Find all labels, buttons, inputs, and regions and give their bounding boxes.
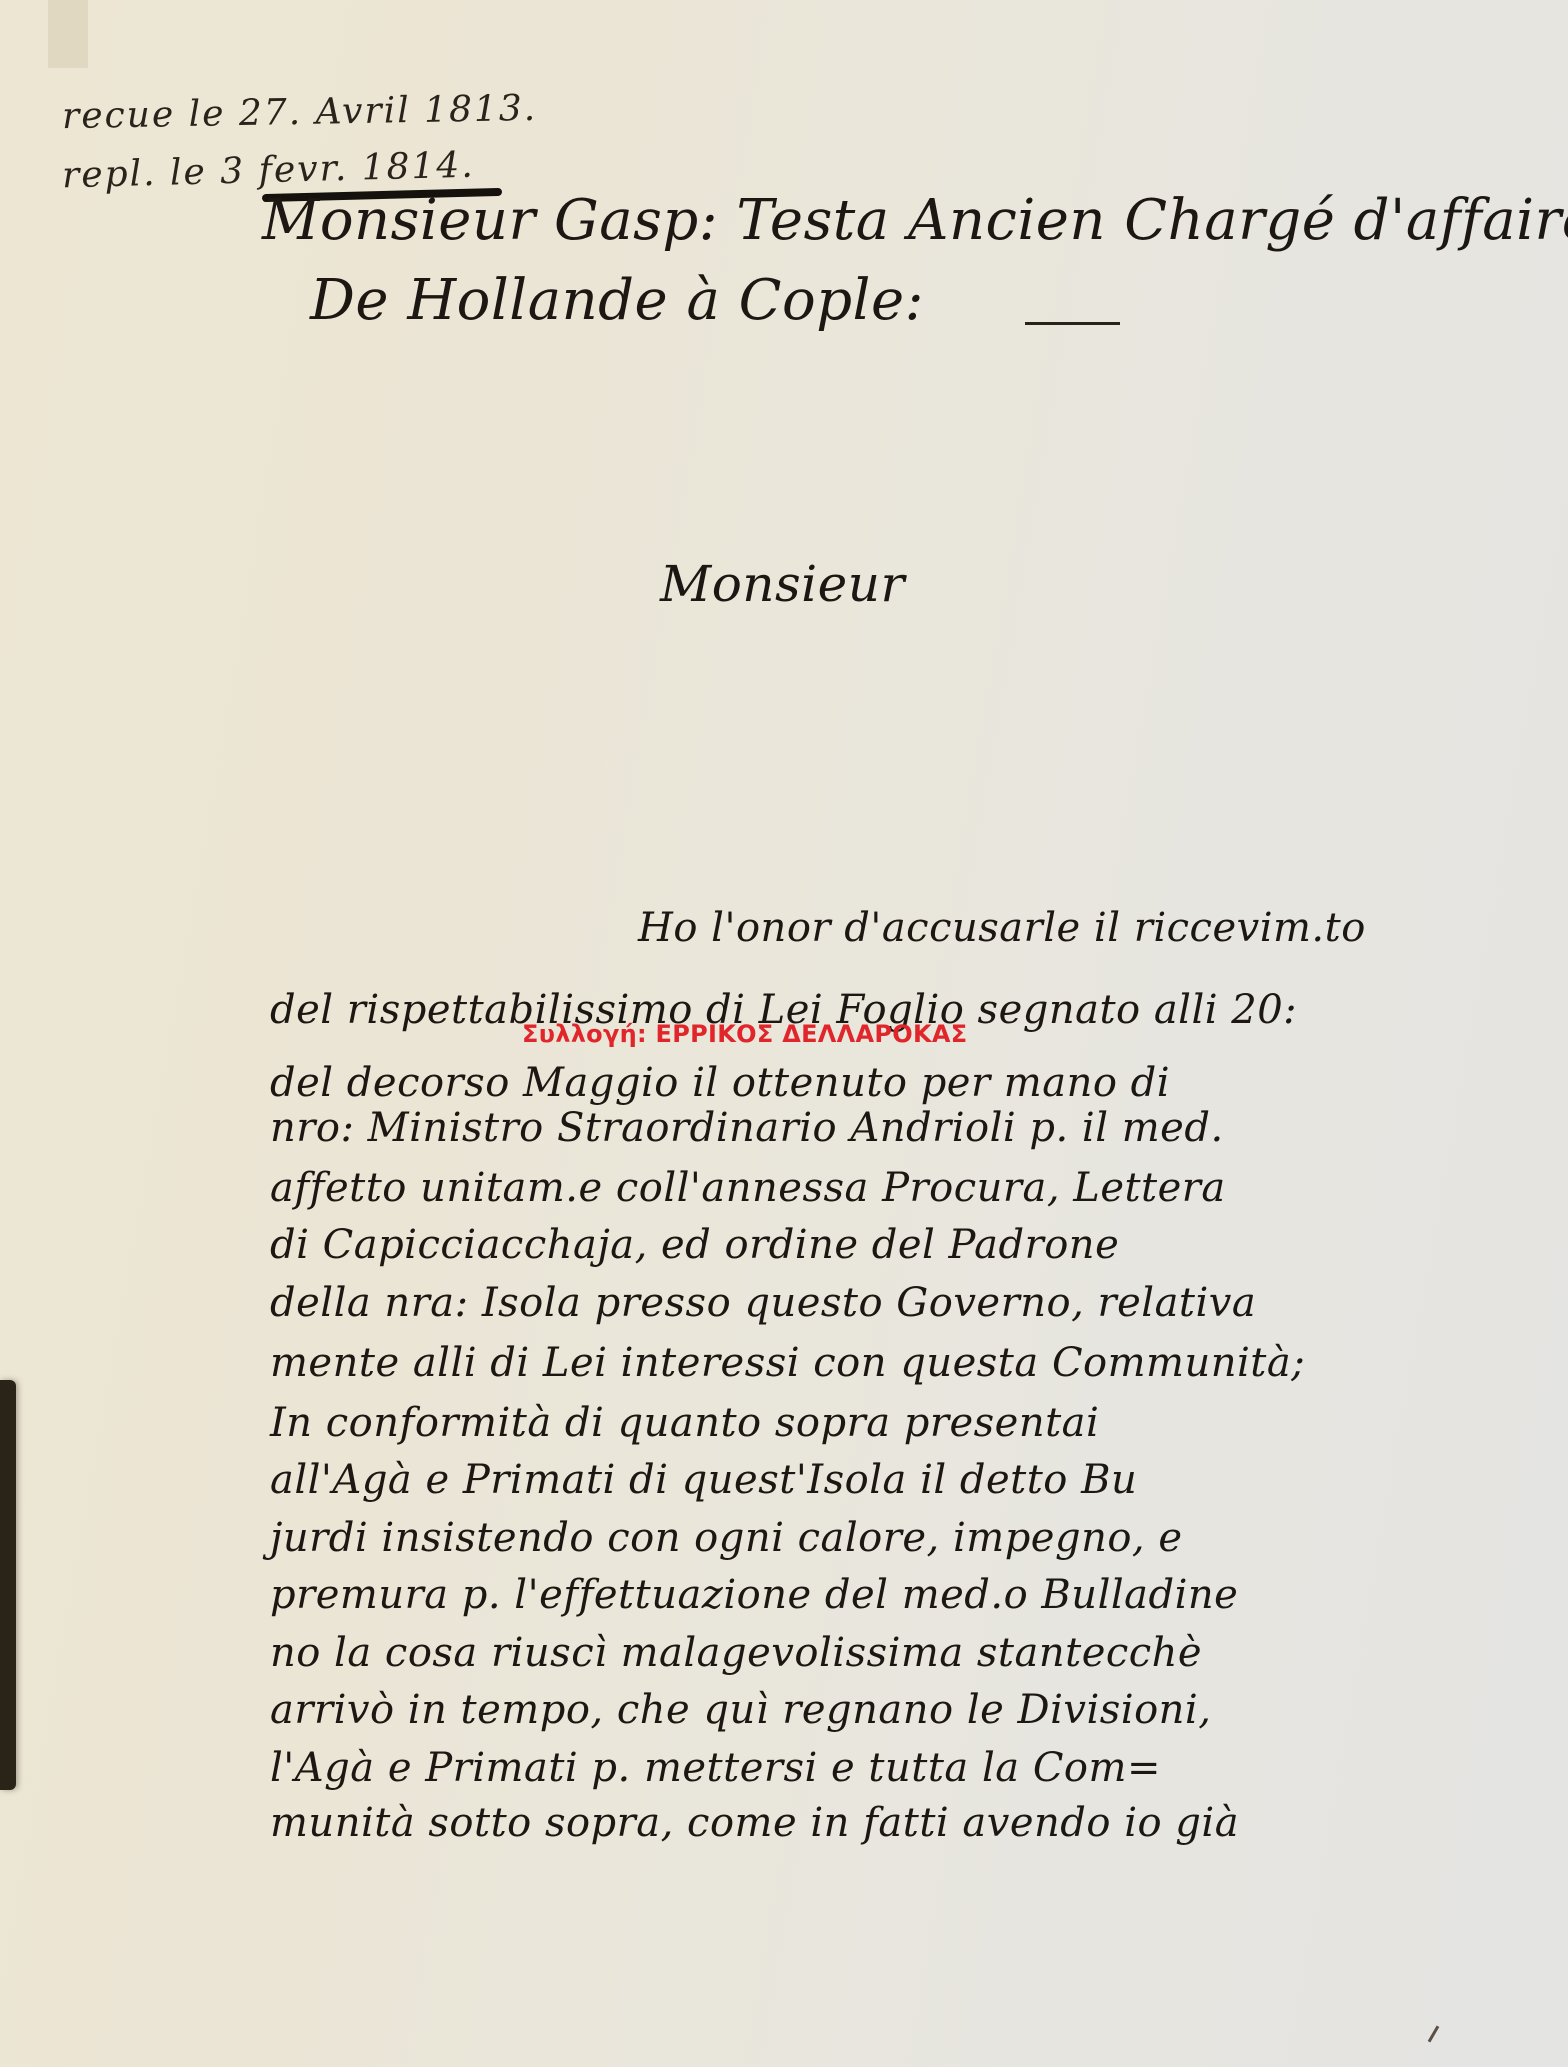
body-line: premura p. l'effettuazione del med.o Bul… (270, 1572, 1238, 1618)
letter-page: recue le 27. Avril 1813. repl. le 3 fevr… (0, 0, 1568, 2067)
body-line: In conformità di quanto sopra presentai (270, 1400, 1099, 1446)
body-line: della nra: Isola presso questo Governo, … (270, 1280, 1256, 1326)
body-line: l'Agà e Primati p. mettersi e tutta la C… (270, 1745, 1161, 1791)
body-line: nro: Ministro Straordinario Andrioli p. … (270, 1105, 1224, 1151)
body-line: del decorso Maggio il ottenuto per mano … (270, 1060, 1170, 1106)
body-line: di Capicciacchaja, ed ordine del Padrone (270, 1222, 1119, 1268)
receipt-note: recue le 27. Avril 1813. (62, 88, 538, 137)
address-line-1: Monsieur Gasp: Testa Ancien Chargé d'aff… (262, 188, 1568, 253)
body-line: arrivò in tempo, che quì regnano le Divi… (270, 1687, 1211, 1733)
body-line: no la cosa riuscì malagevolissima stante… (270, 1630, 1202, 1676)
paper-stain (48, 0, 88, 68)
collection-watermark: Συλλογή: ΕΡΡΙΚΟΣ ΔΕΛΛΑΡΟΚΑΣ (522, 1020, 967, 1048)
salutation: Monsieur (660, 555, 905, 613)
body-line: affetto unitam.e coll'annessa Procura, L… (270, 1165, 1226, 1211)
address-dash (1025, 322, 1120, 325)
binding-edge (0, 1380, 16, 1790)
body-line: munità sotto sopra, come in fatti avendo… (270, 1800, 1239, 1846)
body-line: mente alli di Lei interessi con questa C… (270, 1340, 1305, 1386)
body-line: jurdi insistendo con ogni calore, impegn… (270, 1515, 1183, 1561)
corner-mark (1428, 2025, 1440, 2042)
address-line-2: De Hollande à Cople: (310, 268, 924, 333)
body-line: Ho l'onor d'accusarle il riccevim.to (638, 905, 1366, 951)
body-line: all'Agà e Primati di quest'Isola il dett… (270, 1457, 1137, 1503)
